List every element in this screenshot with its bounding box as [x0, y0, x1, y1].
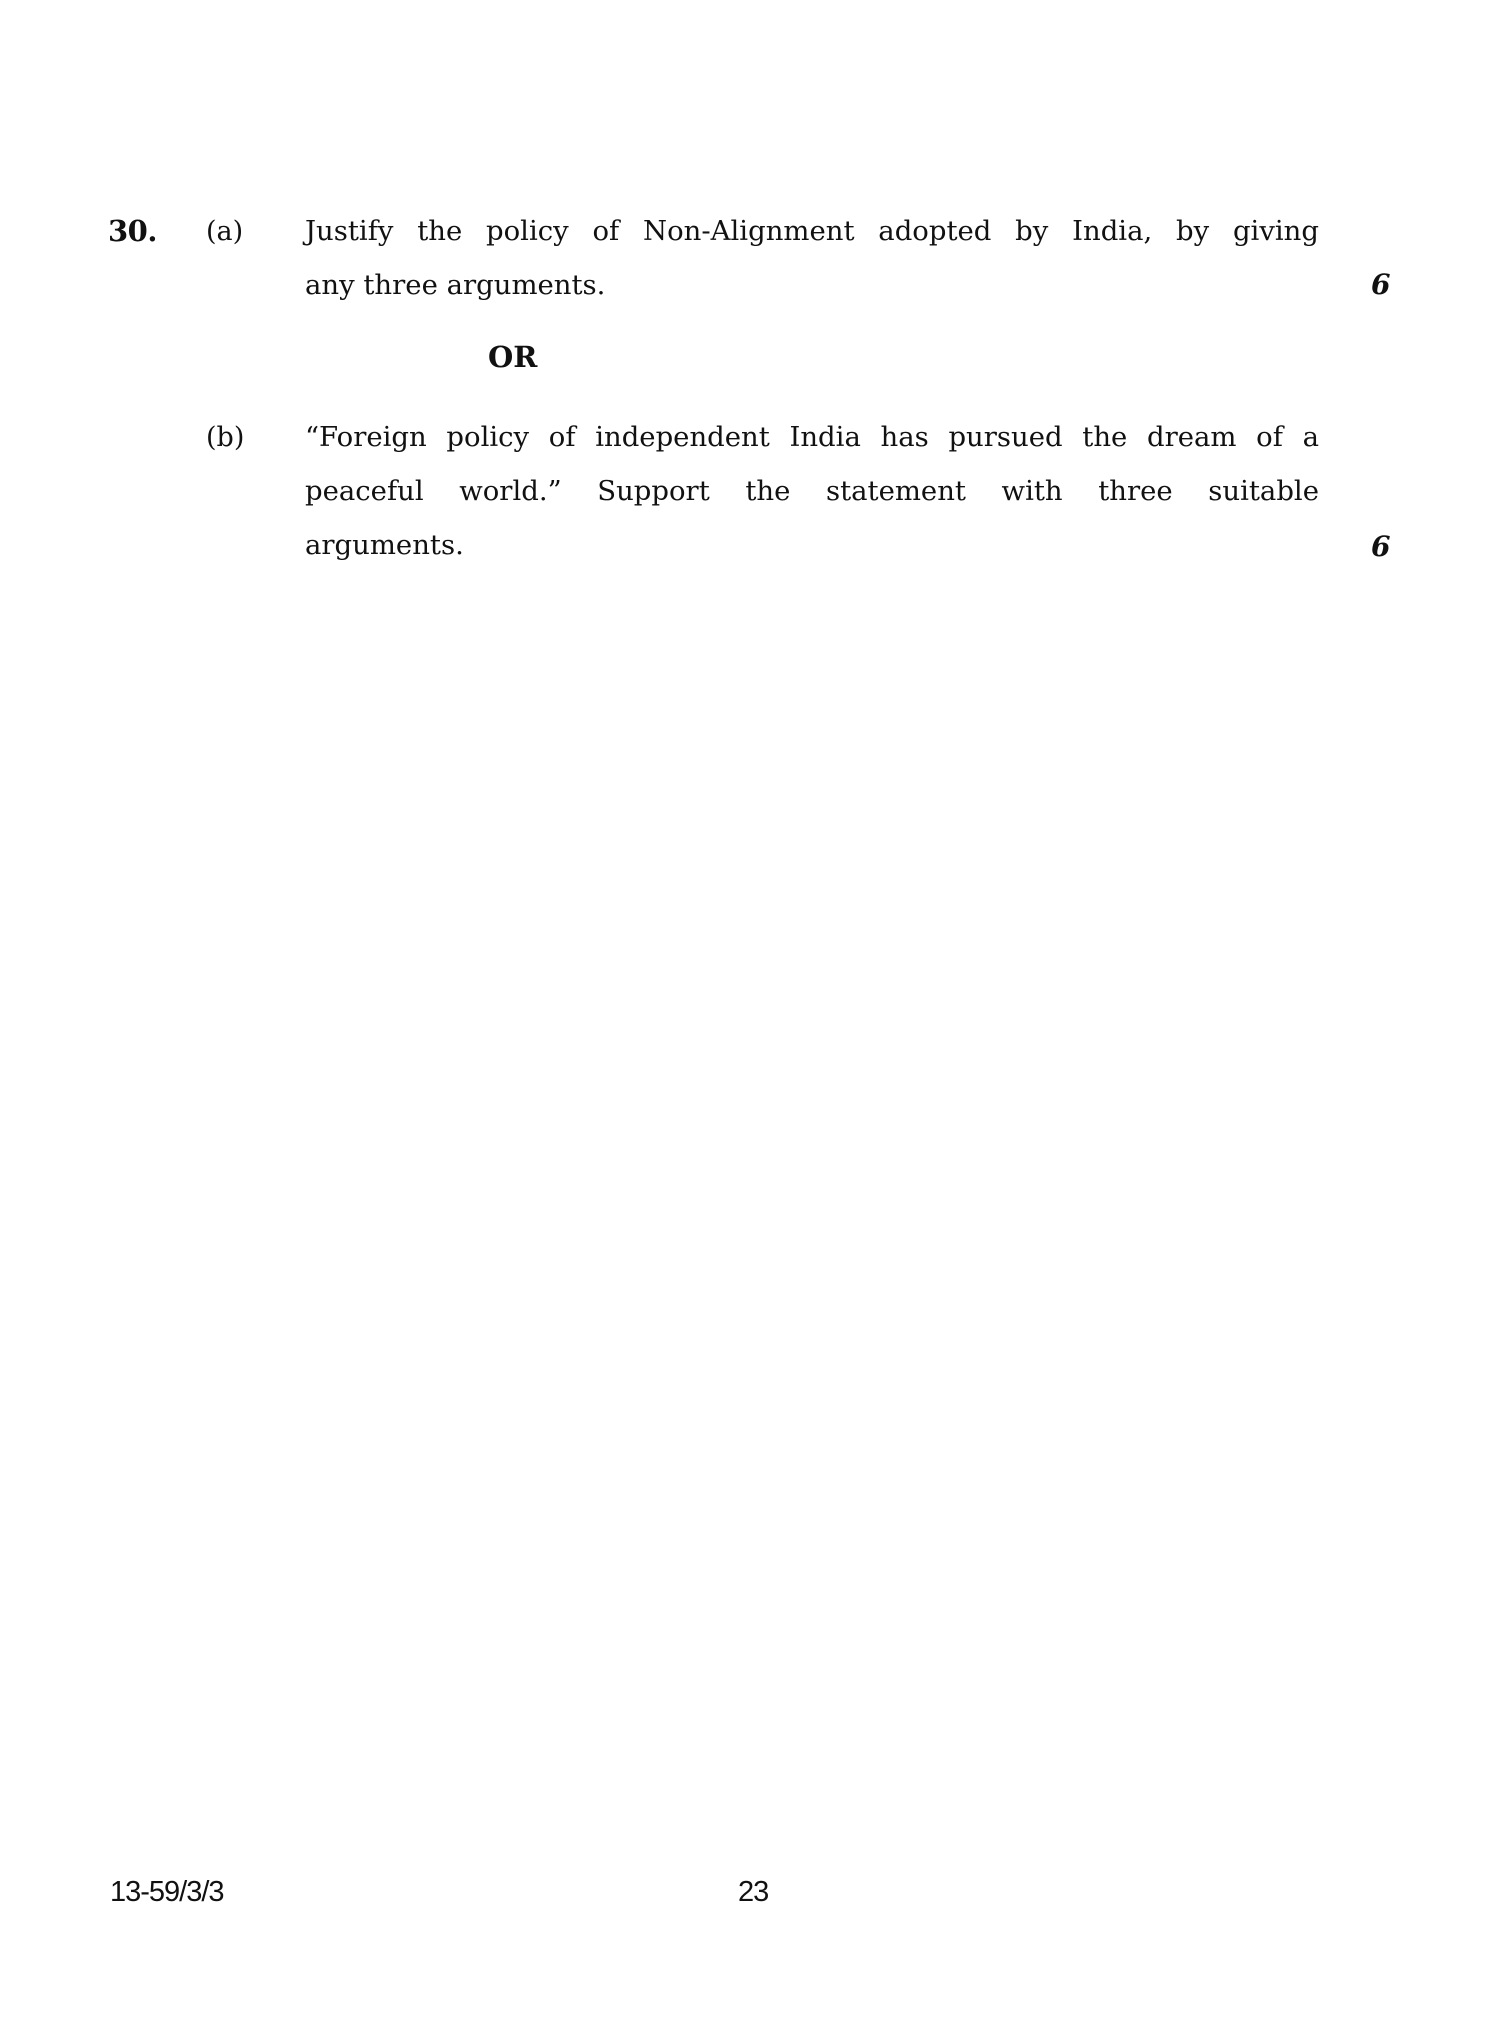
part-a-label: (a)	[206, 216, 243, 247]
part-b-line-1: “Foreign policy of independent India has…	[305, 410, 1319, 464]
part-a-line-2: any three arguments.	[305, 258, 1319, 312]
exam-page: 30. (a) Justify the policy of Non-Alignm…	[0, 0, 1505, 2034]
part-a-marks: 6	[1371, 268, 1390, 301]
part-b-text: “Foreign policy of independent India has…	[305, 410, 1319, 572]
part-b-line-3: arguments.	[305, 518, 1319, 572]
question-number: 30.	[108, 214, 157, 248]
part-a-text: Justify the policy of Non-Alignment adop…	[305, 204, 1319, 312]
page-number: 23	[738, 1876, 768, 1909]
part-b-label: (b)	[206, 422, 244, 453]
part-b-marks: 6	[1371, 530, 1390, 563]
paper-code: 13-59/3/3	[110, 1876, 224, 1909]
part-a-line-1: Justify the policy of Non-Alignment adop…	[305, 204, 1319, 258]
part-b-line-2: peaceful world.” Support the statement w…	[305, 464, 1319, 518]
or-separator: OR	[488, 340, 537, 374]
